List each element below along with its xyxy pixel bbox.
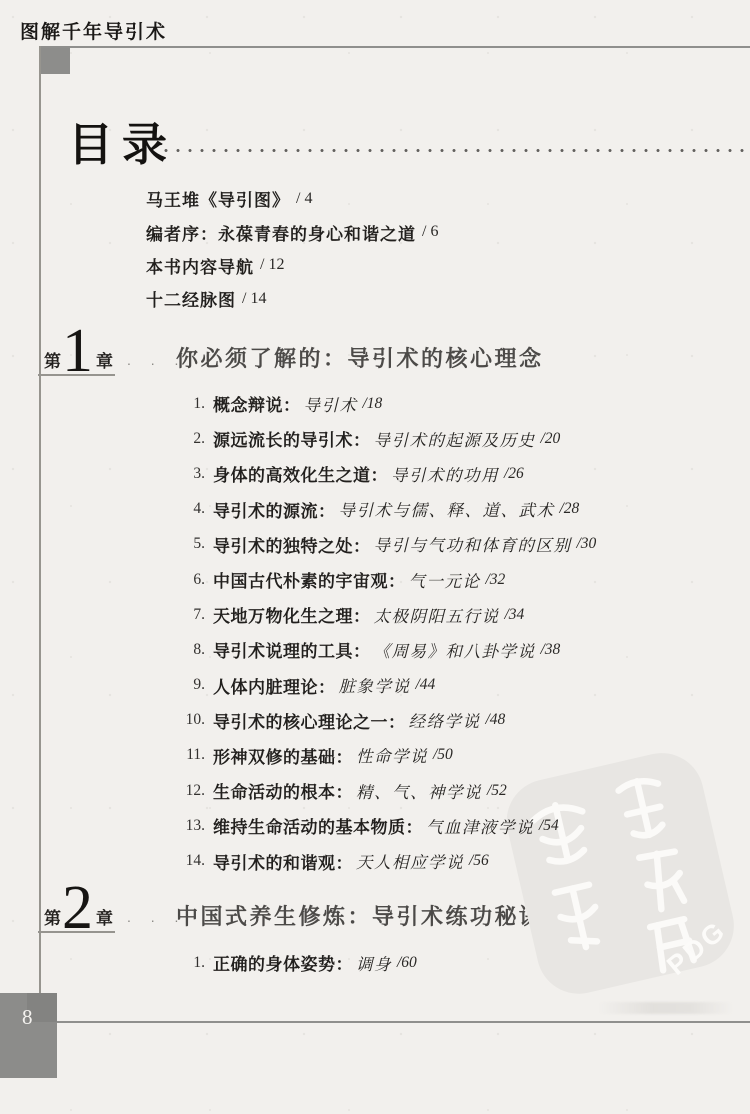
chapter-suffix: 章 [96, 347, 113, 372]
item-page: /44 [416, 676, 436, 694]
toc-item: 13. 维持生命活动的基本物质： 气血津液学说 /54 [168, 808, 596, 843]
toc-item: 2. 源远流长的导引术： 导引术的起源及历史 /20 [168, 421, 596, 456]
front-matter-list: 马王堆《导引图》 / 4 编者序：永葆青春的身心和谐之道 / 6 本书内容导航 … [146, 182, 438, 316]
item-label: 源远流长的导引术： [213, 426, 371, 451]
chapter-1-heading: 第 1 章 . . . [44, 325, 186, 377]
item-page: /34 [505, 606, 525, 624]
top-rule [40, 46, 750, 48]
chapter-prefix: 第 [44, 347, 61, 372]
item-label: 导引术的源流： [213, 497, 336, 522]
item-subtitle: 气血津液学说 [426, 814, 534, 838]
item-subtitle: 导引术 [304, 392, 358, 416]
item-label: 正确的身体姿势： [213, 950, 353, 975]
toc-item: 14. 导引术的和谐观： 天人相应学说 /56 [168, 843, 596, 878]
front-matter-entry: 本书内容导航 / 12 [146, 249, 438, 282]
item-label: 概念辩说： [213, 391, 301, 416]
chapter-1-underline [38, 374, 115, 376]
entry-title: 本书内容导航 [146, 253, 254, 278]
item-subtitle: 性命学说 [356, 743, 428, 767]
item-label: 人体内脏理论： [213, 673, 336, 698]
chapter-suffix: 章 [96, 904, 113, 929]
entry-title: 马王堆《导引图》 [146, 186, 290, 211]
item-number: 8. [168, 641, 205, 659]
item-page: /20 [541, 430, 561, 448]
item-page: /60 [397, 954, 417, 972]
item-label: 中国古代朴素的宇宙观： [213, 567, 406, 592]
chapter-2-underline [38, 931, 115, 933]
toc-title: 目录 [68, 108, 176, 173]
item-label: 导引术的和谐观： [213, 849, 353, 874]
entry-page: / 4 [296, 190, 312, 208]
chapter-number: 1 [61, 327, 94, 377]
item-page: /28 [560, 500, 580, 518]
item-subtitle: 精、气、神学说 [356, 779, 482, 803]
item-number: 11. [168, 746, 205, 764]
item-subtitle: 脏象学说 [339, 673, 411, 697]
bottom-rule [56, 1021, 750, 1023]
item-number: 4. [168, 500, 205, 518]
item-subtitle: 天人相应学说 [356, 849, 464, 873]
page-number-block: 8 [0, 993, 57, 1078]
toc-leader-dots [164, 148, 748, 153]
front-matter-entry: 编者序：永葆青春的身心和谐之道 / 6 [146, 215, 438, 248]
item-page: /38 [541, 641, 561, 659]
front-matter-entry: 十二经脉图 / 14 [146, 282, 438, 315]
item-subtitle: 导引术与儒、释、道、武术 [339, 497, 555, 521]
item-subtitle: 《周易》和八卦学说 [374, 638, 536, 662]
item-label: 生命活动的根本： [213, 778, 353, 803]
item-subtitle: 太极阴阳五行说 [374, 603, 500, 627]
corner-square-ornament [41, 48, 70, 74]
item-page: /48 [486, 711, 506, 729]
item-number: 1. [168, 954, 205, 972]
item-label: 形神双修的基础： [213, 743, 353, 768]
item-number: 14. [168, 852, 205, 870]
item-page: /26 [504, 465, 524, 483]
toc-item: 11. 形神双修的基础： 性命学说 /50 [168, 738, 596, 773]
entry-page: / 6 [422, 223, 438, 241]
toc-item: 9. 人体内脏理论： 脏象学说 /44 [168, 668, 596, 703]
left-border-rule [39, 46, 41, 1023]
item-number: 6. [168, 571, 205, 589]
item-subtitle: 气一元论 [409, 568, 481, 592]
toc-item: 1. 概念辩说： 导引术 /18 [168, 386, 596, 421]
entry-page: / 14 [242, 290, 266, 308]
item-page: /52 [487, 782, 507, 800]
item-label: 导引术的独特之处： [213, 532, 371, 557]
chapter-number: 2 [61, 884, 94, 934]
item-page: /30 [577, 535, 597, 553]
toc-item: 7. 天地万物化生之理： 太极阴阳五行说 /34 [168, 597, 596, 632]
toc-item: 6. 中国古代朴素的宇宙观： 气一元论 /32 [168, 562, 596, 597]
item-number: 1. [168, 395, 205, 413]
item-subtitle: 导引与气功和体育的区别 [374, 532, 572, 556]
item-number: 13. [168, 817, 205, 835]
item-subtitle: 调身 [356, 951, 392, 975]
toc-item: 10. 导引术的核心理论之一： 经络学说 /48 [168, 703, 596, 738]
chapter-2-heading: 第 2 章 . . . [44, 882, 186, 934]
item-number: 9. [168, 676, 205, 694]
book-header-title: 图解千年导引术 [20, 17, 167, 44]
item-label: 维持生命活动的基本物质： [213, 813, 423, 838]
toc-item: 12. 生命活动的根本： 精、气、神学说 /52 [168, 773, 596, 808]
toc-item: 1. 正确的身体姿势： 调身 /60 [168, 945, 417, 980]
item-page: /18 [363, 395, 383, 413]
item-number: 3. [168, 465, 205, 483]
item-subtitle: 经络学说 [409, 708, 481, 732]
entry-page: / 12 [260, 256, 284, 274]
chapter-1-item-list: 1. 概念辩说： 导引术 /18 2. 源远流长的导引术： 导引术的起源及历史 … [168, 386, 596, 879]
toc-item: 4. 导引术的源流： 导引术与儒、释、道、武术 /28 [168, 492, 596, 527]
entry-title: 十二经脉图 [146, 286, 236, 311]
page-number: 8 [22, 1005, 33, 1030]
item-page: /56 [469, 852, 489, 870]
item-number: 2. [168, 430, 205, 448]
item-label: 天地万物化生之理： [213, 602, 371, 627]
item-subtitle: 导引术的功用 [391, 462, 499, 486]
chapter-1-title: 你必须了解的：导引术的核心理念 [176, 342, 544, 373]
item-label: 导引术的核心理论之一： [213, 708, 406, 733]
chapter-2-item-list: 1. 正确的身体姿势： 调身 /60 [168, 945, 417, 980]
item-label: 身体的高效化生之道： [213, 461, 388, 486]
item-page: /50 [433, 746, 453, 764]
item-number: 5. [168, 535, 205, 553]
entry-title: 编者序：永葆青春的身心和谐之道 [146, 220, 416, 245]
item-number: 12. [168, 782, 205, 800]
scanned-book-page: 图解千年导引术 PDG [0, 0, 750, 1114]
chapter-2-title: 中国式养生修炼：导引术练功秘诀 [176, 900, 544, 931]
toc-item: 5. 导引术的独特之处： 导引与气功和体育的区别 /30 [168, 527, 596, 562]
toc-item: 8. 导引术说理的工具： 《周易》和八卦学说 /38 [168, 632, 596, 667]
toc-item: 3. 身体的高效化生之道： 导引术的功用 /26 [168, 456, 596, 491]
item-subtitle: 导引术的起源及历史 [374, 427, 536, 451]
chapter-prefix: 第 [44, 904, 61, 929]
item-page: /54 [539, 817, 559, 835]
item-label: 导引术说理的工具： [213, 637, 371, 662]
item-page: /32 [486, 571, 506, 589]
item-number: 7. [168, 606, 205, 624]
item-number: 10. [168, 711, 205, 729]
front-matter-entry: 马王堆《导引图》 / 4 [146, 182, 438, 215]
